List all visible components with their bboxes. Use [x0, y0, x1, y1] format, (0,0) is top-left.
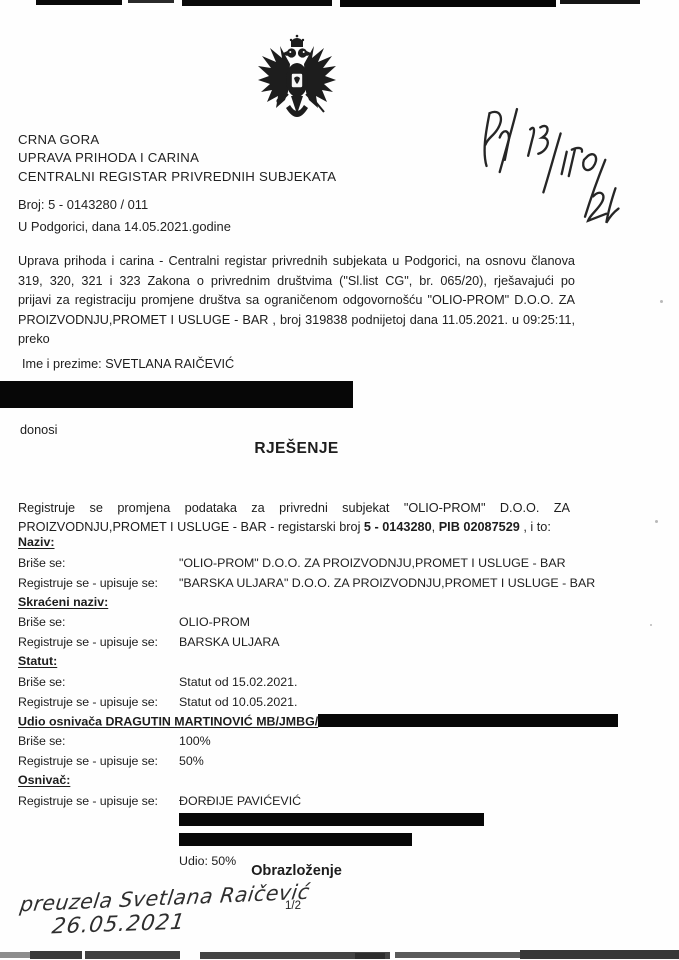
scan-artifact-top [560, 0, 640, 4]
coat-of-arms-eagle-icon [252, 31, 342, 138]
change-row-label: Registruje se - upisuje se: [18, 576, 158, 590]
intro-paragraph: Uprava prihoda i carina - Centralni regi… [18, 252, 575, 350]
section-heading: Osnivač: [18, 772, 663, 792]
section-heading: Statut: [18, 653, 663, 673]
handwritten-receipt-line2: 26.05.2021 [50, 910, 187, 940]
decision-intro-line: Registruje se promjena podataka za privr… [18, 499, 570, 518]
change-row-label: Briše se: [18, 675, 65, 689]
change-sections: Naziv:Briše se:"OLIO-PROM" D.O.O. ZA PRO… [18, 534, 663, 871]
scan-speck [655, 520, 658, 523]
change-row: Briše se:"OLIO-PROM" D.O.O. ZA PROIZVODN… [18, 554, 663, 574]
change-row-value: Statut od 15.02.2021. [179, 675, 298, 689]
section-heading: Naziv: [18, 534, 663, 554]
change-row-value: ĐORĐIJE PAVIĆEVIĆ [179, 794, 301, 808]
intro-line: 319, 320, 321 i 323 Zakona o privrednim … [18, 272, 575, 292]
change-row-value: 50% [179, 754, 204, 768]
handwritten-case-mark [473, 103, 631, 235]
change-row-value: "OLIO-PROM" D.O.O. ZA PROIZVODNJU,PROMET… [179, 556, 566, 570]
change-row-label: Registruje se - upisuje se: [18, 635, 158, 649]
change-row-label: Briše se: [18, 734, 65, 748]
change-row [18, 812, 663, 832]
change-row: Registruje se - upisuje se:Statut od 10.… [18, 693, 663, 713]
scan-artifact-top [340, 0, 556, 7]
change-row: Briše se:Statut od 15.02.2021. [18, 673, 663, 693]
place-date-line: U Podgorici, dana 14.05.2021.godine [18, 216, 231, 238]
change-row: Briše se:100% [18, 732, 663, 752]
issuing-authority-block: CRNA GORA UPRAVA PRIHODA I CARINA CENTRA… [18, 131, 336, 186]
intro-line: Uprava prihoda i carina - Centralni regi… [18, 252, 575, 272]
redaction-bar [318, 714, 618, 728]
change-row: Registruje se - upisuje se:"BARSKA ULJAR… [18, 574, 663, 594]
submitter-line: Ime i prezime: SVETLANA RAIČEVIĆ [22, 357, 234, 371]
intro-line: PROIZVODNJU,PROMET I USLUGE - BAR , broj… [18, 311, 575, 331]
scan-speck [650, 624, 652, 626]
donosi-label: donosi [20, 423, 57, 437]
scanned-document: CRNA GORA UPRAVA PRIHODA I CARINA CENTRA… [0, 0, 679, 960]
change-row-label: Registruje se - upisuje se: [18, 794, 158, 808]
scan-artifact-bottom [395, 952, 520, 958]
change-row-label: Registruje se - upisuje se: [18, 754, 158, 768]
scan-artifact-bottom [355, 953, 385, 959]
change-row-value: Statut od 10.05.2021. [179, 695, 298, 709]
scan-artifact-bottom [30, 951, 82, 959]
change-row-value: BARSKA ULJARA [179, 635, 280, 649]
case-number-line: Broj: 5 - 0143280 / 011 [18, 194, 231, 216]
scan-artifact-top [182, 0, 332, 6]
country-name: CRNA GORA [18, 131, 336, 149]
change-row: Registruje se - upisuje se:50% [18, 752, 663, 772]
department-name: UPRAVA PRIHODA I CARINA [18, 149, 336, 167]
explanation-title: Obrazloženje [18, 863, 575, 879]
decision-intro: Registruje se promjena podataka za privr… [18, 499, 570, 538]
change-row-value: OLIO-PROM [179, 615, 250, 629]
intro-line: preko [18, 330, 575, 350]
scan-speck [660, 300, 663, 303]
change-row: Registruje se - upisuje se:ĐORĐIJE PAVIĆ… [18, 792, 663, 812]
change-row [18, 832, 663, 852]
scan-artifact-bottom [520, 950, 679, 959]
reference-block: Broj: 5 - 0143280 / 011 U Podgorici, dan… [18, 194, 231, 238]
section-heading: Udio osnivača DRAGUTIN MARTINOVIĆ MB/JMB… [18, 713, 663, 733]
decision-title: RJEŠENJE [18, 440, 575, 458]
redaction-bar [179, 833, 412, 847]
intro-line: prijavi za registraciju promjene društva… [18, 291, 575, 311]
change-row-label: Registruje se - upisuje se: [18, 695, 158, 709]
scan-artifact-top [128, 0, 174, 3]
redaction-bar [179, 813, 484, 827]
change-row: Registruje se - upisuje se:BARSKA ULJARA [18, 633, 663, 653]
redaction-bar [0, 381, 353, 408]
section-heading: Skraćeni naziv: [18, 594, 663, 614]
change-row-label: Briše se: [18, 615, 65, 629]
scan-artifact-bottom [85, 951, 180, 959]
registry-name: CENTRALNI REGISTAR PRIVREDNIH SUBJEKATA [18, 168, 336, 186]
change-row-label: Briše se: [18, 556, 65, 570]
change-row-value: "BARSKA ULJARA" D.O.O. ZA PROIZVODNJU,PR… [179, 576, 595, 590]
change-row-value: 100% [179, 734, 211, 748]
change-row: Briše se:OLIO-PROM [18, 613, 663, 633]
scan-artifact-top [36, 0, 122, 5]
